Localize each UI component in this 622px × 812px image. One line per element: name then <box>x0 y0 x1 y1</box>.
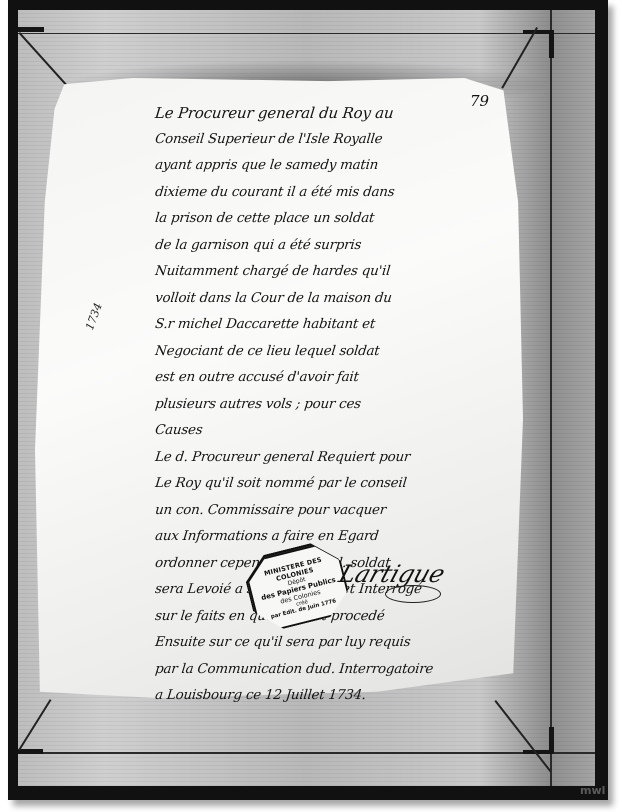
text-line: de la garnison qui a été surpris <box>154 233 517 260</box>
text-line: par la Communication dud. Interrogatoire <box>154 657 517 684</box>
text-line: Le Procureur general du Roy au <box>154 100 517 127</box>
text-line: Le Roy qu'il soit nommé par le conseil <box>154 471 517 498</box>
text-line: a Louisbourg ce 12 Juillet 1734. <box>154 683 517 710</box>
frame-guide-right <box>550 10 552 786</box>
text-line: S.r michel Daccarette habitant et <box>154 312 517 339</box>
text-line: est en outre accusé d'avoir fait <box>154 365 517 392</box>
text-line: un con. Commissaire pour vacquer <box>154 498 517 525</box>
text-line: Ensuite sur ce qu'il sera par luy requis <box>154 630 517 657</box>
text-line: plusieurs autres vols ; pour ces <box>154 392 517 419</box>
corner-mark-top-right-v <box>549 30 554 58</box>
corner-mark-top-left <box>18 27 44 32</box>
frame-guide-top <box>18 33 595 34</box>
watermark: mwl <box>580 784 605 797</box>
diagonal-line-bottom-right <box>495 700 552 772</box>
frame-guide-bottom <box>18 752 595 754</box>
text-line: aux Informations a faire en Egard <box>154 524 517 551</box>
signature-paraph <box>385 585 441 603</box>
text-line: ayant appris que le samedy matin <box>154 153 517 180</box>
text-line: la prison de cette place un soldat <box>154 206 517 233</box>
text-line: Causes <box>154 418 517 445</box>
handwritten-text: Le Procureur general du Roy au Conseil S… <box>155 100 515 710</box>
signature: Lartigue <box>335 560 448 588</box>
diagonal-line-bottom-left <box>18 699 51 751</box>
corner-mark-bottom-right-v <box>549 727 554 754</box>
text-line: Le d. Procureur general Requiert pour <box>154 445 517 472</box>
corner-mark-bottom-left <box>18 749 43 754</box>
text-line: Nuitamment chargé de hardes qu'il <box>154 259 517 286</box>
text-line: volloit dans la Cour de la maison du <box>154 286 517 313</box>
text-line: Conseil Superieur de l'Isle Royalle <box>154 127 517 154</box>
text-line: Negociant de ce lieu lequel soldat <box>154 339 517 366</box>
text-line: dixieme du courant il a été mis dans <box>154 180 517 207</box>
